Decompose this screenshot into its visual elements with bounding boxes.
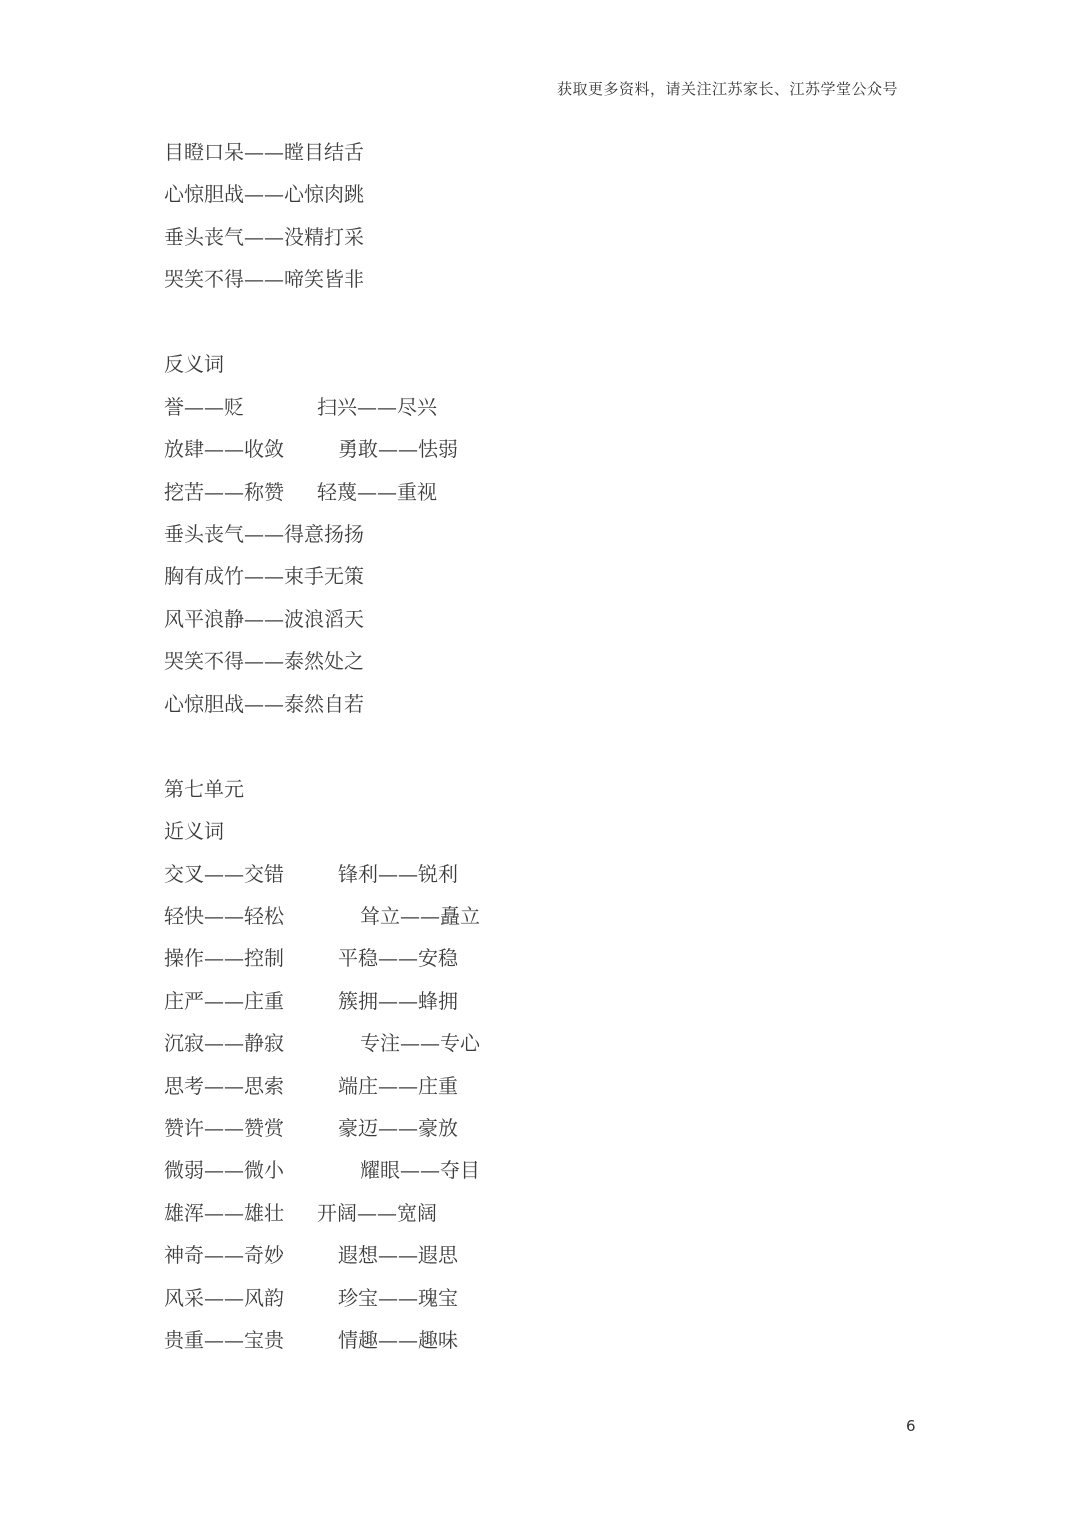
synonym-left: 沉寂——静寂 <box>164 1031 284 1055</box>
synonym-pair-row: 庄严——庄重 簇拥——蜂拥 <box>164 989 284 1013</box>
idiom-line: 目瞪口呆——瞠目结舌 <box>164 140 364 164</box>
synonym-pair-row: 操作——控制 平稳——安稳 <box>164 946 284 970</box>
synonym-left: 赞许——赞赏 <box>164 1116 284 1140</box>
synonym-pair-row: 贵重——宝贵 情趣——趣味 <box>164 1328 284 1352</box>
synonym-right: 耸立——矗立 <box>360 904 480 928</box>
synonym-right: 专注——专心 <box>360 1031 480 1055</box>
synonym-right: 耀眼——夺目 <box>360 1158 480 1182</box>
synonym-right: 平稳——安稳 <box>338 946 458 970</box>
synonym-pair-row: 神奇——奇妙 遐想——遐思 <box>164 1243 284 1267</box>
synonym-pair-row: 沉寂——静寂 专注——专心 <box>164 1031 284 1055</box>
synonym-left: 雄浑——雄壮 <box>164 1201 284 1225</box>
synonym-pair-row: 赞许——赞赏 豪迈——豪放 <box>164 1116 284 1140</box>
idiom-line: 心惊胆战——心惊肉跳 <box>164 182 364 206</box>
page-header-note: 获取更多资料，请关注江苏家长、江苏学堂公众号 <box>557 78 898 99</box>
synonym-right: 遐想——遐思 <box>338 1243 458 1267</box>
antonym-left: 放肆——收敛 <box>164 437 284 461</box>
antonym-left: 挖苦——称赞 <box>164 480 284 504</box>
synonym-pair-row: 思考——思索 端庄——庄重 <box>164 1074 284 1098</box>
antonym-right: 轻蔑——重视 <box>317 480 437 504</box>
synonym-left: 思考——思索 <box>164 1074 284 1098</box>
antonym-pair-row: 放肆——收敛 勇敢——怯弱 <box>164 437 284 461</box>
synonym-left: 风采——风韵 <box>164 1286 284 1310</box>
synonym-right: 开阔——宽阔 <box>317 1201 437 1225</box>
antonym-line: 心惊胆战——泰然自若 <box>164 692 364 716</box>
unit-title: 第七单元 <box>164 777 244 801</box>
synonym-pair-row: 交叉——交错 锋利——锐利 <box>164 862 284 886</box>
antonym-line: 哭笑不得——泰然处之 <box>164 649 364 673</box>
synonym-pair-row: 风采——风韵 珍宝——瑰宝 <box>164 1286 284 1310</box>
antonym-left: 誉——贬 <box>164 395 244 419</box>
synonym-left: 轻快——轻松 <box>164 904 284 928</box>
synonym-right: 端庄——庄重 <box>338 1074 458 1098</box>
antonym-line: 风平浪静——波浪滔天 <box>164 607 364 631</box>
synonym-right: 锋利——锐利 <box>338 862 458 886</box>
synonym-left: 操作——控制 <box>164 946 284 970</box>
section-title-synonyms: 近义词 <box>164 819 224 843</box>
page-number: 6 <box>906 1417 916 1435</box>
section-title-antonyms: 反义词 <box>164 352 224 376</box>
synonym-pair-row: 微弱——微小 耀眼——夺目 <box>164 1158 284 1182</box>
antonym-pair-row: 誉——贬 扫兴——尽兴 <box>164 395 244 419</box>
antonym-right: 勇敢——怯弱 <box>338 437 458 461</box>
synonym-right: 簇拥——蜂拥 <box>338 989 458 1013</box>
synonym-left: 贵重——宝贵 <box>164 1328 284 1352</box>
antonym-line: 胸有成竹——束手无策 <box>164 564 364 588</box>
synonym-right: 豪迈——豪放 <box>338 1116 458 1140</box>
antonym-pair-row: 挖苦——称赞 轻蔑——重视 <box>164 480 284 504</box>
synonym-left: 庄严——庄重 <box>164 989 284 1013</box>
synonym-pair-row: 轻快——轻松 耸立——矗立 <box>164 904 284 928</box>
idiom-line: 垂头丧气——没精打采 <box>164 225 364 249</box>
synonym-pair-row: 雄浑——雄壮 开阔——宽阔 <box>164 1201 284 1225</box>
synonym-left: 神奇——奇妙 <box>164 1243 284 1267</box>
synonym-right: 情趣——趣味 <box>338 1328 458 1352</box>
synonym-left: 微弱——微小 <box>164 1158 284 1182</box>
synonym-left: 交叉——交错 <box>164 862 284 886</box>
antonym-line: 垂头丧气——得意扬扬 <box>164 522 364 546</box>
idiom-line: 哭笑不得——啼笑皆非 <box>164 267 364 291</box>
synonym-right: 珍宝——瑰宝 <box>338 1286 458 1310</box>
antonym-right: 扫兴——尽兴 <box>317 395 437 419</box>
